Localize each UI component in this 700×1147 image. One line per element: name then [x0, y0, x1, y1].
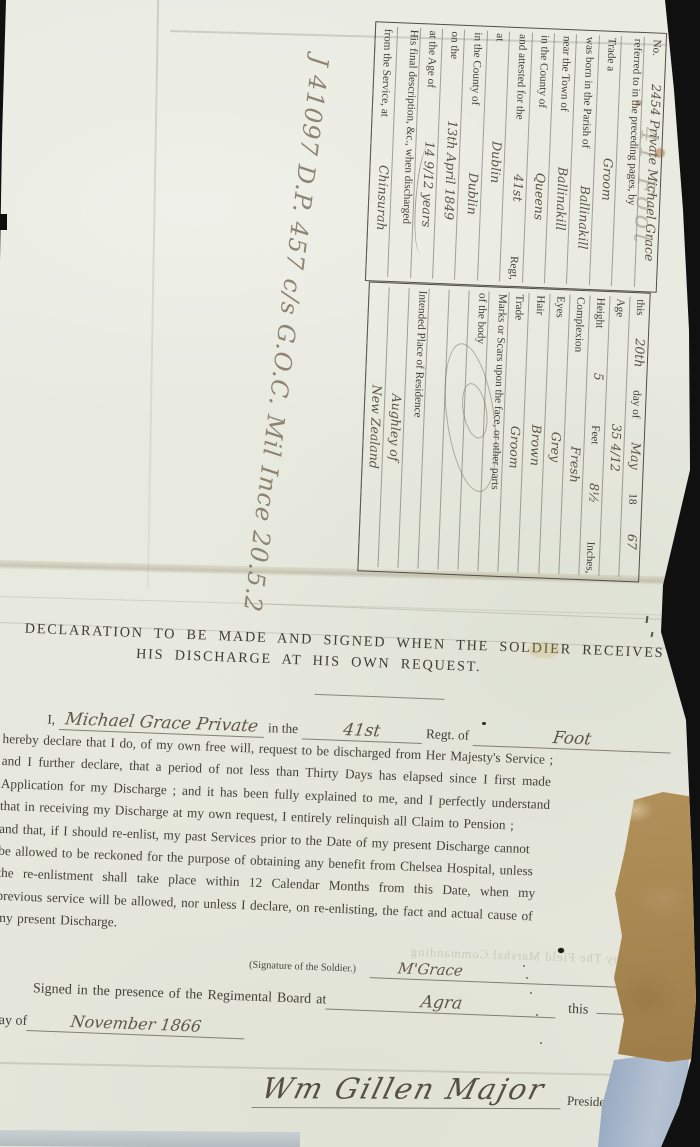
board-label: Signed in the presence of the Regimental…: [33, 981, 327, 1008]
form-label: Trade a: [605, 36, 618, 74]
pencil-annotation: J 41097 D.P. 457 c/s G.O.C. Mil Ince 20.…: [233, 55, 334, 654]
form-label: Height: [593, 296, 606, 331]
form-label: day of: [630, 388, 643, 421]
opening-label: I,: [43, 711, 59, 728]
pencil-dot: [523, 965, 525, 967]
form-label: Trade: [513, 292, 526, 322]
form-label: Hair: [533, 293, 546, 317]
form-label: 18: [626, 491, 639, 507]
scanned-discharge-document: No. 2454 Private Michael Grace referred …: [0, 0, 700, 1147]
opening-label: Regt. of: [422, 726, 474, 744]
vertical-crease: [147, 0, 159, 588]
form-label: Eyes: [553, 294, 566, 320]
form-label: Feet: [588, 423, 601, 447]
form-label: on the: [448, 29, 461, 61]
form-label: from the Service, at: [379, 27, 395, 120]
blue-underlay-strip: [0, 1130, 300, 1147]
pencil-dot: [536, 1014, 538, 1016]
form-label: in the County of: [469, 30, 484, 107]
form-label: at the Age of: [425, 28, 439, 90]
board-label-this: this: [556, 1001, 597, 1019]
form-label: Complexion: [572, 295, 586, 355]
stain: [636, 100, 642, 106]
form-label: No.: [650, 37, 663, 58]
ink-blot: [482, 722, 486, 725]
day-of-label: day of: [0, 1012, 27, 1029]
handwritten-entry: May: [627, 420, 645, 491]
pencil-dot: [526, 977, 528, 979]
title-rule: [315, 694, 445, 700]
date-entry: November 1866: [27, 1010, 246, 1039]
pencil-dot: [530, 992, 532, 994]
ink-blot: [558, 948, 564, 953]
form-label: near the Town of: [558, 34, 573, 114]
pencil-dot: [540, 1042, 542, 1044]
final-description-box: this 20th day of May 18 67 Age 35 4/12: [357, 281, 650, 582]
service-record-box: No. 2454 Private Michael Grace referred …: [365, 21, 667, 293]
form-label: in the County of: [536, 33, 551, 110]
form-label: Inches,: [583, 539, 596, 575]
scan-edge-notch: [0, 214, 7, 230]
board-place-entry: Agra: [326, 988, 557, 1018]
form-label: and attested for the: [513, 32, 529, 122]
handwritten-entry: 67: [623, 506, 641, 577]
form-label: Regt,: [507, 254, 520, 282]
soldier-signature-caption: (Signature of the Soldier.): [249, 959, 356, 974]
president-signature: Wm Gillen Major: [251, 1071, 569, 1109]
declaration-body: hereby declare that I do, of my own free…: [0, 728, 679, 955]
opening-label: in the: [264, 720, 303, 737]
form-label: at: [494, 31, 506, 44]
president-signature-row: Wm Gillen Major President.: [0, 1055, 666, 1118]
paper-sheet: No. 2454 Private Michael Grace referred …: [0, 0, 700, 1147]
declaration-section: DECLARATION TO BE MADE AND SIGNED WHEN T…: [0, 598, 684, 1118]
stain: [528, 642, 560, 658]
form-label: was born in the Parish of: [579, 35, 596, 151]
form-label: of the body: [475, 291, 489, 346]
stain: [655, 148, 665, 158]
